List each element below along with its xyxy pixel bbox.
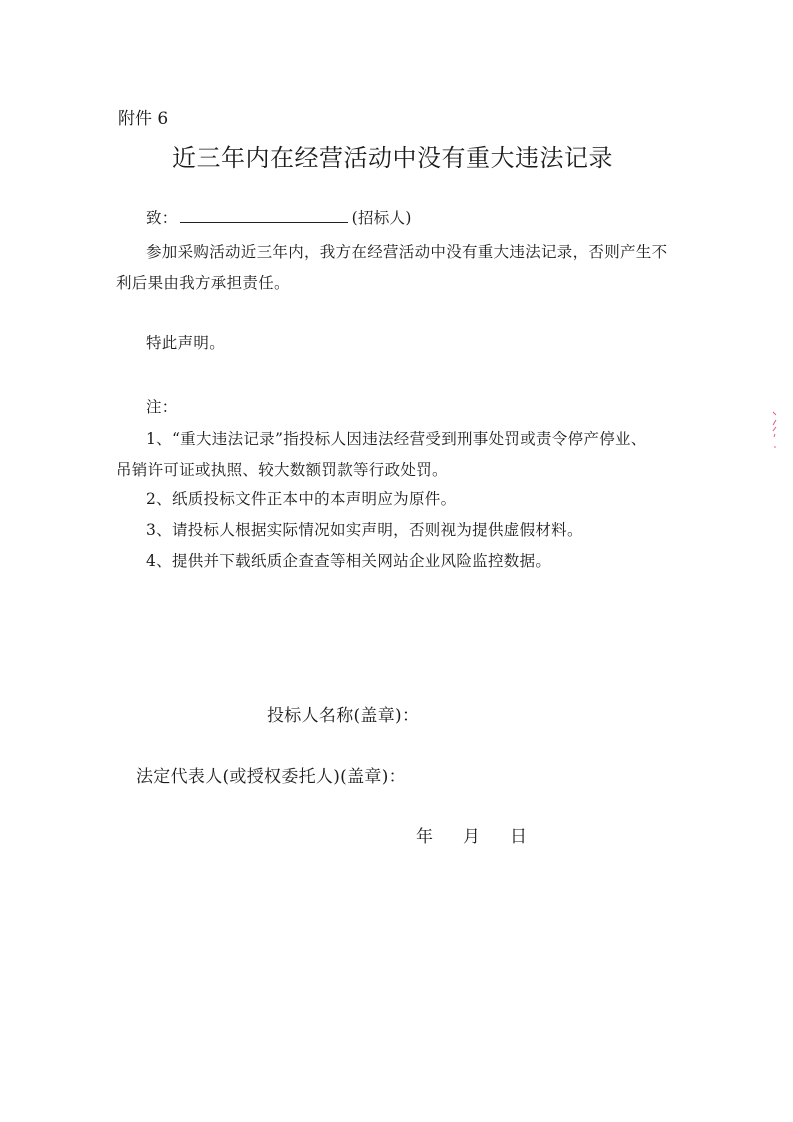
addressee-blank-field[interactable] (180, 208, 348, 223)
declaration-text: 特此声明。 (146, 331, 225, 353)
note-item-3: 3、请投标人根据实际情况如实声明，否则视为提供虚假材料。 (146, 518, 583, 540)
note-item-1-line-2: 吊销许可证或执照、较大数额罚款等行政处罚。 (116, 458, 448, 480)
signature-date: 年月日 (416, 822, 527, 847)
seal-edge-mark-icon (772, 410, 778, 450)
attachment-label: 附件 6 (118, 104, 168, 129)
note-item-2: 2、纸质投标文件正本中的本声明应为原件。 (146, 487, 456, 509)
statement-paragraph-line-2: 利后果由我方承担责任。 (116, 271, 290, 293)
addressee-suffix: (招标人) (352, 209, 412, 227)
addressee-prefix: 致： (146, 209, 178, 227)
note-item-4: 4、提供并下载纸质企查查等相关网站企业风险监控数据。 (146, 549, 551, 571)
date-month-label: 月 (463, 822, 480, 847)
bidder-name-seal-label: 投标人名称(盖章)： (267, 701, 419, 726)
date-year-label: 年 (416, 822, 433, 847)
statement-paragraph-line-1: 参加采购活动近三年内，我方在经营活动中没有重大违法记录，否则产生不 (146, 240, 667, 262)
addressee-line: 致：(招标人) (146, 206, 412, 228)
note-item-1-line-1: 1、“重大违法记录”指投标人因违法经营受到刑事处罚或责令停产停业、 (146, 427, 647, 449)
legal-representative-seal-label: 法定代表人(或授权委托人)(盖章)： (136, 762, 406, 787)
document-title: 近三年内在经营活动中没有重大违法记录 (172, 138, 613, 173)
notes-heading: 注： (146, 395, 178, 417)
date-day-label: 日 (510, 822, 527, 847)
